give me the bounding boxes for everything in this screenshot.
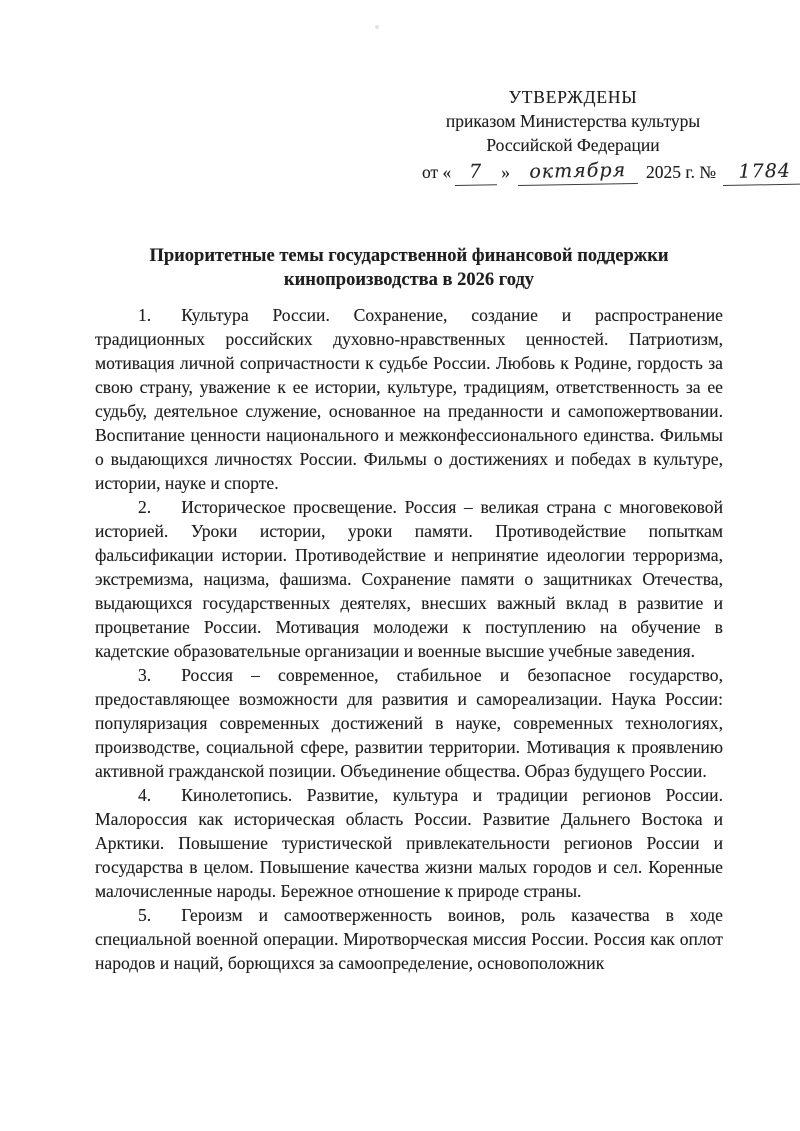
handwritten-order-number: 1784	[723, 159, 800, 186]
paragraph-1: 1.Культура России. Сохранение, создание …	[95, 303, 723, 495]
paragraph-3-number: 3.	[138, 663, 151, 687]
approval-block: УТВЕРЖДЕНЫ приказом Министерства культур…	[420, 85, 726, 186]
paragraph-5: 5.Героизм и самоотверженность воинов, ро…	[95, 903, 723, 975]
scan-artifact-dot	[375, 25, 379, 29]
document-page: УТВЕРЖДЕНЫ приказом Министерства культур…	[0, 0, 800, 1131]
approval-line-order: приказом Министерства культуры	[420, 109, 726, 133]
document-title: Приоритетные темы государственной финанс…	[95, 245, 723, 292]
paragraph-4: 4.Кинолетопись. Развитие, культура и тра…	[95, 783, 723, 903]
document-body: 1.Культура России. Сохранение, создание …	[95, 303, 723, 975]
paragraph-4-number: 4.	[138, 783, 151, 807]
paragraph-3-text: Россия – современное, стабильное и безоп…	[95, 665, 723, 781]
paragraph-2: 2.Историческое просвещение. Россия – вел…	[95, 495, 723, 663]
date-close-quote: »	[501, 160, 510, 184]
handwritten-month: октября	[518, 158, 638, 186]
paragraph-5-number: 5.	[138, 903, 151, 927]
paragraph-5-text: Героизм и самоотверженность воинов, роль…	[95, 905, 723, 973]
paragraph-1-text: Культура России. Сохранение, создание и …	[95, 305, 723, 493]
title-line-1: Приоритетные темы государственной финанс…	[95, 245, 723, 269]
date-year-number-sign: 2025 г. №	[646, 160, 716, 184]
handwritten-day: 7	[455, 159, 497, 186]
title-line-2: кинопроизводства в 2026 году	[95, 269, 723, 293]
approval-line-federation: Российской Федерации	[420, 133, 726, 157]
approval-line-approved: УТВЕРЖДЕНЫ	[420, 85, 726, 109]
paragraph-3: 3.Россия – современное, стабильное и без…	[95, 663, 723, 783]
paragraph-2-number: 2.	[138, 495, 151, 519]
paragraph-2-text: Историческое просвещение. Россия – велик…	[95, 497, 723, 661]
paragraph-4-text: Кинолетопись. Развитие, культура и тради…	[95, 785, 723, 901]
paragraph-1-number: 1.	[138, 303, 151, 327]
date-prefix: от «	[422, 160, 451, 184]
approval-date-line: от «7»октября2025 г. №1784	[420, 160, 726, 186]
